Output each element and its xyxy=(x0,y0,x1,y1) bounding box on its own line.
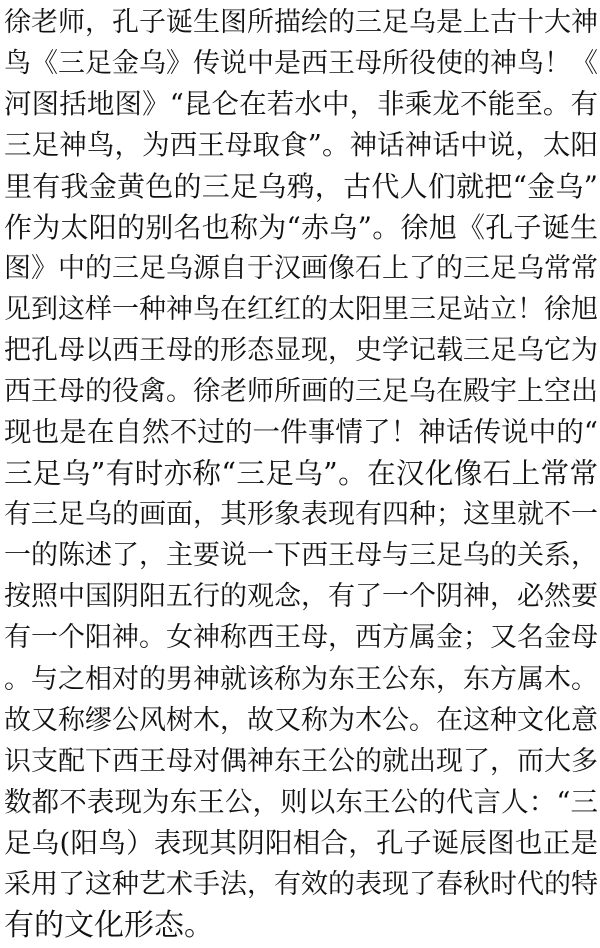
text-line: 识支配下西王母对偶神东王公的就出现了，而大多 xyxy=(4,741,598,782)
document-page: 徐老师，孔子诞生图所描绘的三足乌是上古十大神 鸟《三足金乌》传说中是西王母所役使… xyxy=(0,0,600,948)
text-line: 故又称缪公风树木，故又称为木公。在这种文化意 xyxy=(4,700,598,741)
text-line: 三足神鸟，为西王母取食”。神话神话中说，太阳 xyxy=(4,125,598,166)
text-line: 采用了这种艺术手法，有效的表现了春秋时代的特 xyxy=(4,864,598,905)
text-line: 数都不表现为东王公，则以东王公的代言人：“三 xyxy=(4,782,598,823)
text-line-last: 有的文化形态。 xyxy=(4,905,598,946)
text-line: 见到这样一种神鸟在红红的太阳里三足站立！徐旭 xyxy=(4,289,598,330)
text-line: 有三足乌的画面，其形象表现有四种；这里就不一 xyxy=(4,494,598,535)
text-line: 里有我金黄色的三足乌鸦，古代人们就把“金乌” xyxy=(4,166,598,207)
text-line: 。与之相对的男神就该称为东王公东，东方属木。 xyxy=(4,659,598,700)
text-line: 徐老师，孔子诞生图所描绘的三足乌是上古十大神 xyxy=(4,2,598,43)
text-line: 西王母的役禽。徐老师所画的三足乌在殿宇上空出 xyxy=(4,371,598,412)
text-line: 图》中的三足乌源自于汉画像石上了的三足乌常常 xyxy=(4,248,598,289)
text-line: 河图括地图》“昆仑在若水中，非乘龙不能至。有 xyxy=(4,84,598,125)
text-line: 鸟《三足金乌》传说中是西王母所役使的神鸟！《 xyxy=(4,43,598,84)
text-line: 把孔母以西王母的形态显现，史学记载三足乌它为 xyxy=(4,330,598,371)
text-line: 一的陈述了，主要说一下西王母与三足乌的关系， xyxy=(4,535,598,576)
text-line: 三足乌”有时亦称“三足乌”。在汉化像石上常常 xyxy=(4,453,598,494)
text-line: 按照中国阴阳五行的观念，有了一个阴神，必然要 xyxy=(4,576,598,617)
text-line: 现也是在自然不过的一件事情了！神话传说中的“ xyxy=(4,412,598,453)
text-line: 有一个阳神。女神称西王母，西方属金；又名金母 xyxy=(4,617,598,658)
text-line: 作为太阳的别名也称为“赤乌”。徐旭《孔子诞生 xyxy=(4,207,598,248)
text-line: 足乌(阳鸟）表现其阴阳相合，孔子诞辰图也正是 xyxy=(4,823,598,864)
